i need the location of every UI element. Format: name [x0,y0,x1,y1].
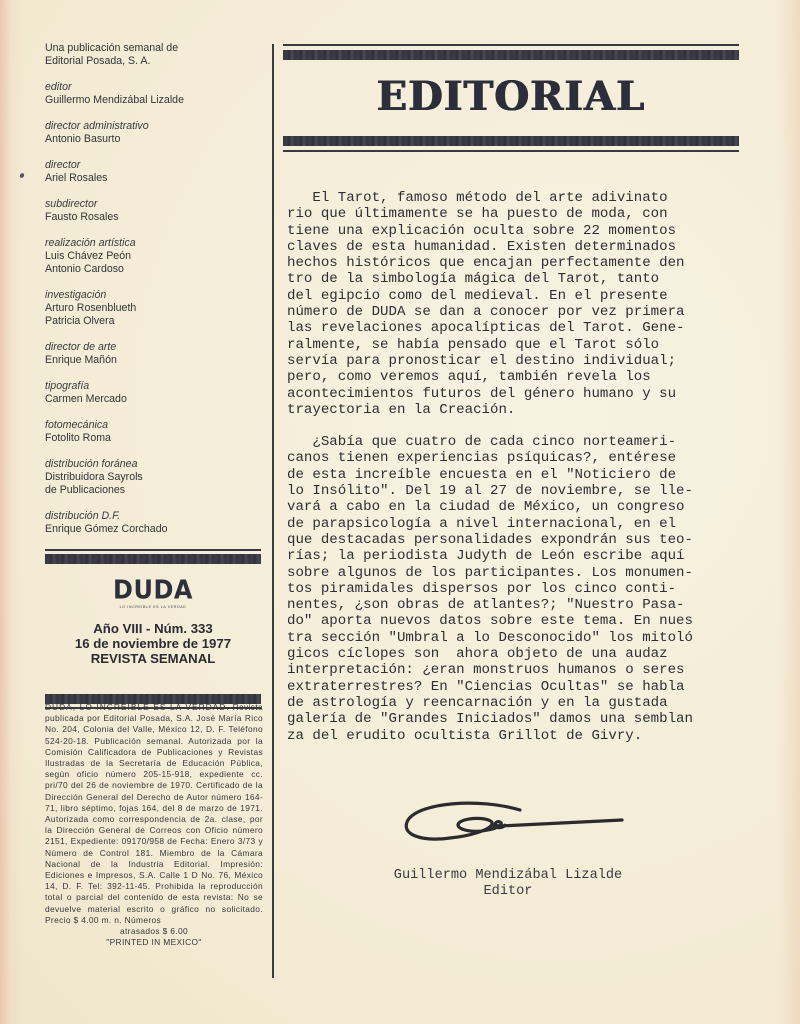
staff-name: Patricia Olvera [45,315,263,328]
legal-imprint: DUDA, LO INCREIBLE ES LA VERDAD. Revista… [45,702,263,948]
text-line: las revelaciones apocalípticas del Tarot… [287,320,757,336]
text-line: de astrología y reencarnación y en la gu… [287,695,757,711]
legal-title: DUDA, LO INCREIBLE ES LA VERDAD. [45,702,230,712]
text-line: tra sección "Umbral a lo Desconocido" lo… [287,630,757,646]
staff-name: Guillermo Mendizábal Lizalde [45,94,263,107]
text-line: tro de la simbología mágica del Tarot, t… [287,271,757,287]
text-line: galería de "Grandes Iniciados" damos una… [287,711,757,727]
signer-title: Editor [368,884,648,900]
divider-thin [283,44,739,46]
divider-thick [45,554,261,564]
editorial-body: El Tarot, famoso método del arte adivina… [287,190,757,760]
staff-name: Enrique Gómez Corchado [45,523,263,536]
text-line: lo Insólito". Del 19 al 27 de noviembre,… [287,483,757,499]
staff-group: subdirectorFausto Rosales [45,198,263,224]
text-line: do" aporta nuevos datos sobre este tema.… [287,613,757,629]
text-line: canos tienen experiencias psíquicas?, en… [287,450,757,466]
text-line: acontecimientos futuros del género human… [287,386,757,402]
issue-type: REVISTA SEMANAL [45,651,261,666]
staff-role: director administrativo [45,120,263,133]
text-line: que destacadas personalidades expondrán … [287,532,757,548]
text-line: gicos cíclopes son ahora objeto de una a… [287,646,757,662]
staff-role: distribución foránea [45,458,263,471]
text-line: del egipcio como del medieval. En el pre… [287,288,757,304]
text-line: za del erudito ocultista Grillot de Givr… [287,728,757,744]
staff-group: realización artísticaLuis Chávez PeónAnt… [45,237,263,276]
text-line: hechos históricos que encajan perfectame… [287,255,757,271]
text-line: interpretación: ¿eran monstruos humanos … [287,662,757,678]
staff-group: director de arteEnrique Mañón [45,341,263,367]
staff-group: investigaciónArturo RosenbluethPatricia … [45,289,263,328]
signature-icon [400,796,630,856]
ink-smudge [19,172,25,178]
issue-date: 16 de noviembre de 1977 [45,636,261,651]
staff-name: Distribuidora Sayrols [45,471,263,484]
publisher-intro-line: Una publicación semanal de [45,42,263,55]
editorial-header: EDITORIAL [283,44,739,156]
signer-name: Guillermo Mendizábal Lizalde [368,868,648,884]
issue-info: Año VIII - Núm. 333 16 de noviembre de 1… [45,621,261,666]
staff-group: editorGuillermo Mendizábal Lizalde [45,81,263,107]
text-line: servía para pronosticar el destino indiv… [287,353,757,369]
staff-name: Carmen Mercado [45,393,263,406]
staff-name: Fausto Rosales [45,211,263,224]
text-line: de esta increíble encuesta en el "Notici… [287,467,757,483]
text-line: número de DUDA se dan a conocer por vez … [287,304,757,320]
text-line: ralmente, se había pensado que el Tarot … [287,337,757,353]
editorial-title: EDITORIAL [283,66,739,128]
legal-body: Revista publicada por Editorial Posada, … [45,702,263,925]
text-line: rías; la periodista Judyth de León escri… [287,548,757,564]
divider-thick [283,136,739,146]
text-line: vará a cabo en la ciudad de México, un c… [287,499,757,515]
masthead-box: DUDA Lo increíble es la verdad Año VIII … [45,549,261,712]
staff-name: Antonio Cardoso [45,263,263,276]
staff-box: Una publicación semanal de Editorial Pos… [45,42,263,536]
text-line: nentes, ¿son obras de atlantes?; "Nuestr… [287,597,757,613]
staff-name: de Publicaciones [45,484,263,497]
text-line: de parapsicología a nivel internacional,… [287,516,757,532]
text-line: El Tarot, famoso método del arte adivina… [287,190,757,206]
duda-tagline: Lo increíble es la verdad [45,605,261,609]
text-line: ¿Sabía que cuatro de cada cinco norteame… [287,434,757,450]
divider-thick [283,50,739,60]
publisher-intro-line: Editorial Posada, S. A. [45,55,263,68]
staff-name: Luis Chávez Peón [45,250,263,263]
text-line: tos piramidales dispersos por los cinco … [287,581,757,597]
staff-name: Ariel Rosales [45,172,263,185]
staff-role: director [45,159,263,172]
text-line: tiene una explicación oculta sobre 22 mo… [287,223,757,239]
printed-in-mexico: "PRINTED IN MEXICO" [45,937,263,948]
staff-role: tipografía [45,380,263,393]
text-line: claves de esta humanidad. Existen determ… [287,239,757,255]
staff-name: Arturo Rosenblueth [45,302,263,315]
magazine-page: Una publicación semanal de Editorial Pos… [0,0,800,1024]
staff-role: fotomecánica [45,419,263,432]
staff-role: investigación [45,289,263,302]
staff-role: distribución D.F. [45,510,263,523]
publisher-intro: Una publicación semanal de Editorial Pos… [45,42,263,68]
staff-group: fotomecánicaFotolito Roma [45,419,263,445]
text-line: sobre algunos de los participantes. Los … [287,565,757,581]
staff-group: distribución D.F.Enrique Gómez Corchado [45,510,263,536]
staff-group: directorAriel Rosales [45,159,263,185]
text-line: trayectoria en la Creación. [287,402,757,418]
staff-name: Fotolito Roma [45,432,263,445]
staff-name: Enrique Mañón [45,354,263,367]
staff-group: distribución foráneaDistribuidora Sayrol… [45,458,263,497]
text-line: rio que últimamente se ha puesto de moda… [287,206,757,222]
staff-role: realización artística [45,237,263,250]
staff-group: tipografíaCarmen Mercado [45,380,263,406]
divider-thin [45,549,261,551]
staff-role: editor [45,81,263,94]
staff-role: director de arte [45,341,263,354]
text-line: pero, como veremos aquí, también revela … [287,369,757,385]
staff-name: Antonio Basurto [45,133,263,146]
staff-group: director administrativoAntonio Basurto [45,120,263,146]
divider-thin [283,150,739,152]
column-divider [272,44,274,978]
issue-number: Año VIII - Núm. 333 [45,621,261,636]
staff-list: editorGuillermo Mendizábal Lizaldedirect… [45,81,263,536]
staff-role: subdirector [45,198,263,211]
signer-block: Guillermo Mendizábal Lizalde Editor [368,868,648,900]
duda-logo: DUDA [45,575,261,605]
text-line: extraterrestres? En "Ciencias Ocultas" s… [287,679,757,695]
editorial-paragraph: El Tarot, famoso método del arte adivina… [287,190,757,418]
back-issues-price: atrasados $ 6.00 [45,926,263,937]
editorial-paragraph: ¿Sabía que cuatro de cada cinco norteame… [287,434,757,744]
